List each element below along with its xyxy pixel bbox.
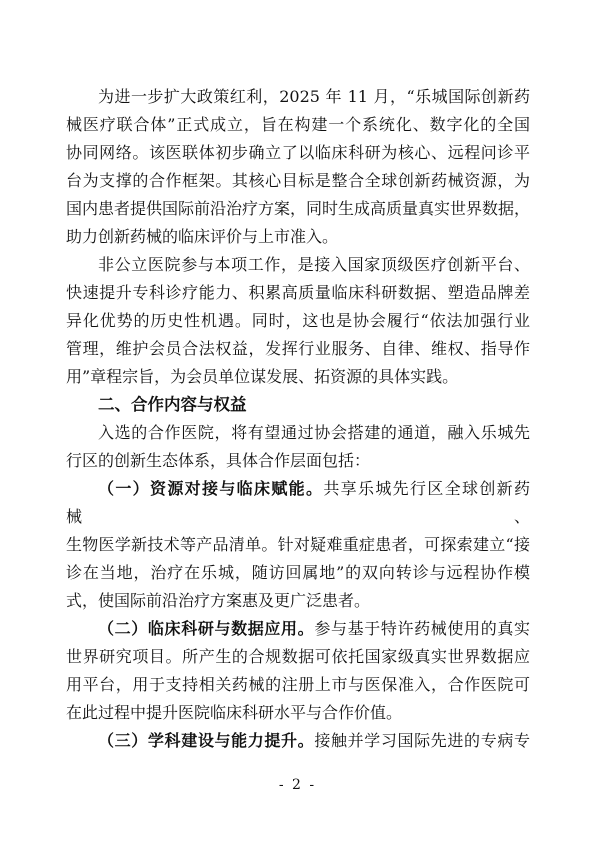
list-item-line: （三）学科建设与能力提升。接触并学习国际先进的专病专 (66, 727, 530, 755)
body-line: 用”章程宗旨，为会员单位谋发展、拓资源的具体实践。 (66, 363, 530, 391)
line-text: 参与基于特许药械使用的真实 (314, 619, 530, 638)
body-line: 快速提升专科诊疗能力、积累高质量临床科研数据、塑造品牌差 (66, 279, 530, 307)
body-line: 协同网络。该医联体初步确立了以临床科研为核心、远程问诊平 (66, 139, 530, 167)
body-line: 助力创新药械的临床评价与上市准入。 (66, 223, 530, 251)
body-line: 用平台，用于支持相关药械的注册上市与医保准入，合作医院可 (66, 671, 530, 699)
list-item-lead: （三）学科建设与能力提升。 (98, 731, 314, 750)
body-line: 异化优势的历史性机遇。同时，这也是协会履行“依法加强行业 (66, 307, 530, 335)
line-text: 接触并学习国际先进的专病专 (314, 731, 530, 750)
body-line: 式，使国际前沿治疗方案惠及更广泛患者。 (66, 587, 530, 615)
list-item-line: （一）资源对接与临床赋能。共享乐城先行区全球创新药械、 (66, 475, 530, 531)
body-line: 入选的合作医院，将有望通过协会搭建的通道，融入乐城先 (66, 419, 530, 447)
document-page: 为进一步扩大政策红利，2025 年 11 月，“乐城国际创新药 械医疗联合体”正… (0, 0, 595, 841)
list-item-lead: （二）临床科研与数据应用。 (98, 619, 314, 638)
body-line: 国内患者提供国际前沿治疗方案，同时生成高质量真实世界数据， (66, 195, 530, 223)
list-item-line: （二）临床科研与数据应用。参与基于特许药械使用的真实 (66, 615, 530, 643)
body-line: 台为支撑的合作框架。其核心目标是整合全球创新药械资源，为 (66, 167, 530, 195)
page-number: - 2 - (0, 777, 595, 793)
list-item-lead: （一）资源对接与临床赋能。 (98, 479, 323, 498)
body-line: 为进一步扩大政策红利，2025 年 11 月，“乐城国际创新药 (66, 83, 530, 111)
body-line: 诊在当地，治疗在乐城，随访回属地”的双向转诊与远程协作模 (66, 559, 530, 587)
section-heading: 二、合作内容与权益 (66, 391, 530, 419)
body-line: 在此过程中提升医院临床科研水平与合作价值。 (66, 699, 530, 727)
body-line: 管理，维护会员合法权益，发挥行业服务、自律、维权、指导作 (66, 335, 530, 363)
body-line: 械医疗联合体”正式成立，旨在构建一个系统化、数字化的全国 (66, 111, 530, 139)
body-line: 非公立医院参与本项工作，是接入国家顶级医疗创新平台、 (66, 251, 530, 279)
body-line: 行区的创新生态体系，具体合作层面包括： (66, 447, 530, 475)
document-body: 为进一步扩大政策红利，2025 年 11 月，“乐城国际创新药 械医疗联合体”正… (66, 83, 530, 755)
body-line: 生物医学新技术等产品清单。针对疑难重症患者，可探索建立“接 (66, 531, 530, 559)
body-line: 世界研究项目。所产生的合规数据可依托国家级真实世界数据应 (66, 643, 530, 671)
